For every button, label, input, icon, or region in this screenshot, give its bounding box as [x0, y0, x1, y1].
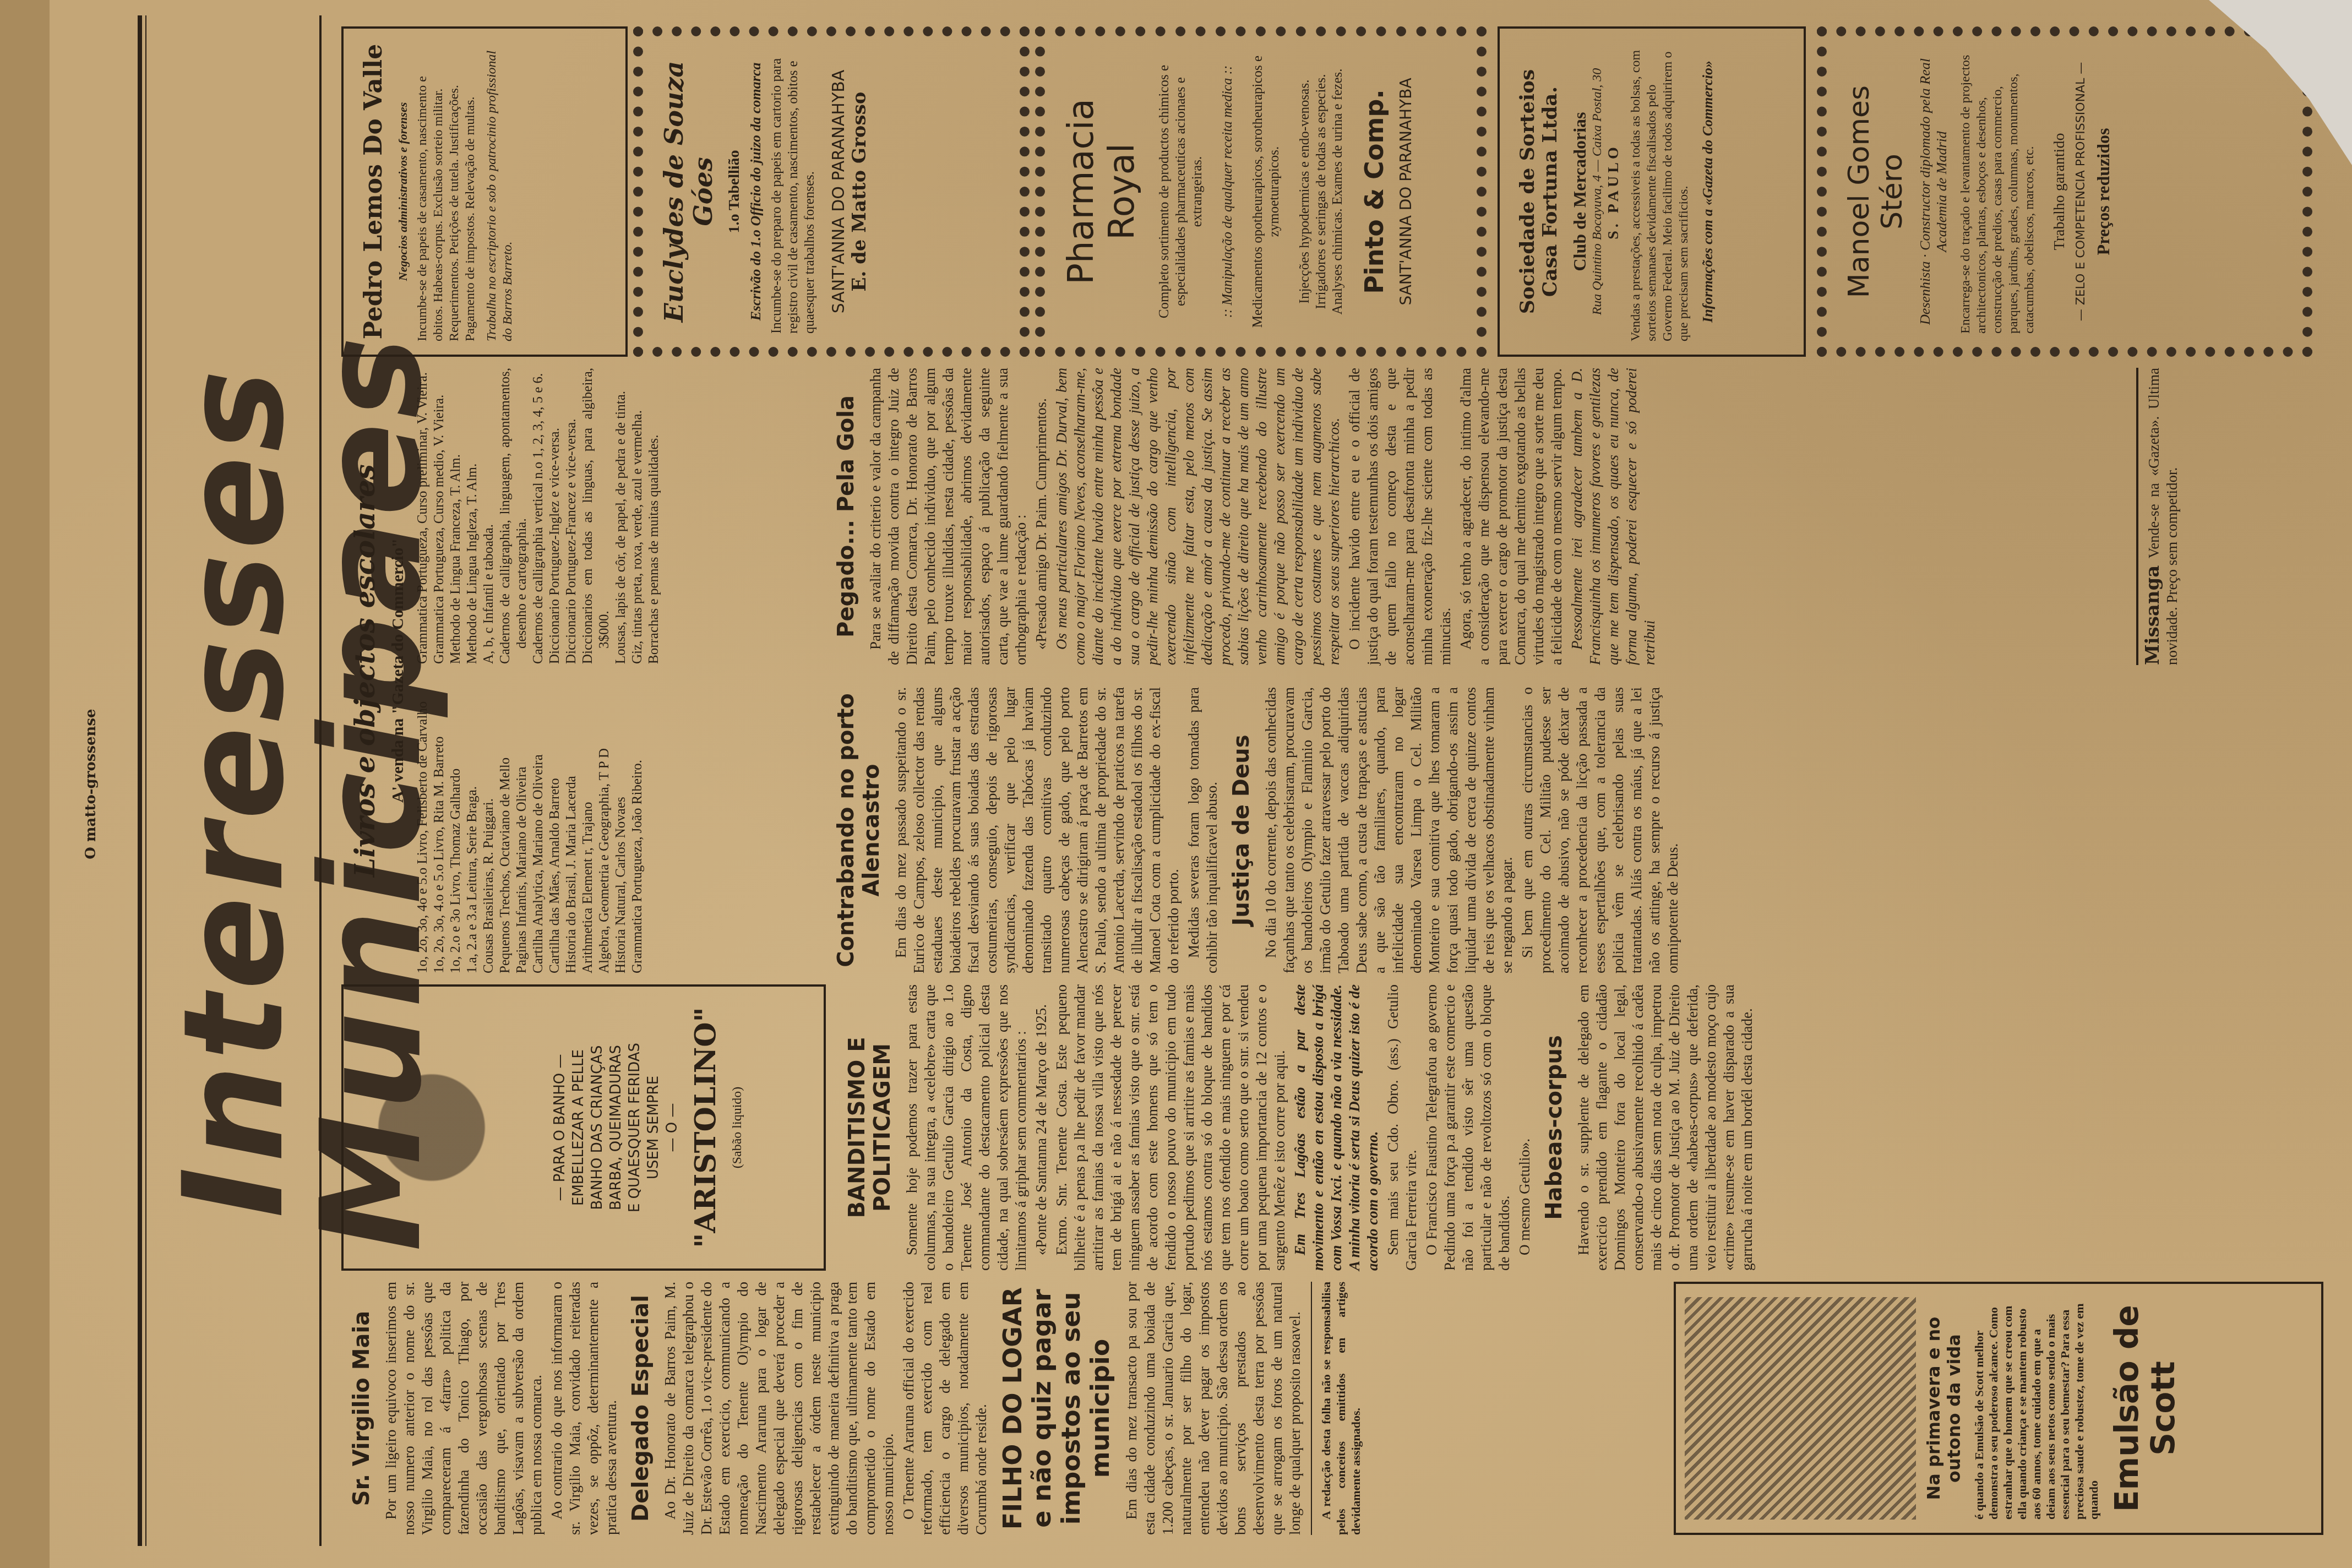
pharmacia-name: Pharmacia Royal: [1061, 50, 1142, 334]
book-list-item: Lousas, lapis de côr, de papel, de pedra…: [613, 368, 629, 664]
sociedade-body: Vendas a prestações, accessiveis a todas…: [1628, 42, 1692, 341]
euclydes-body: Incumbe-se do preparo de papeis em carto…: [769, 50, 818, 334]
article-paragraph: No dia 10 do corrente, depois das conhec…: [1262, 687, 1516, 973]
article-paragraph: Por um ligeiro equivoco inserimos em nos…: [382, 1282, 546, 1535]
masthead: O matto-grossense: [83, 0, 99, 1568]
book-list-item: 1o, 2o, 3o, 4o e 5.o Livro, Felisberto d…: [415, 677, 431, 973]
book-list-item: 1o, 2o, 3o, 4.o e 5.o Livro, Rita M. Bar…: [431, 677, 448, 973]
book-list-item: 1o, 2.o e 3o Livro, Thomaz Galhardo: [448, 677, 464, 973]
book-list-item: Giz, tintas preta, roxa, verde, azul e v…: [629, 368, 646, 664]
article-paragraph: Agora, só tenho a agradecer, do intimo d…: [1457, 368, 1566, 665]
article-paragraph: Si bem que em outras circumstancias o pr…: [1518, 687, 1682, 973]
article-paragraph: Ao contrario do que nos informaram o sr.…: [548, 1282, 620, 1535]
pharmacia-line: Injecções hypodermicas e endo-venosas. I…: [1297, 50, 1346, 334]
article-paragraph: Os meus particulares amigos Dr. Durval, …: [1053, 368, 1343, 665]
pharmacia-line: Medicamentos opotheurapicos, sorotheurap…: [1250, 50, 1283, 334]
manoel-title: Desenhista · Constructor diplomado pela …: [1917, 50, 1950, 334]
pedro-lemos-name: Pedro Lemos Do Valle: [360, 42, 388, 341]
article-paragraph: Exmo. Snr. Tenente Costa. Este pequeno b…: [1053, 984, 1289, 1271]
sociedade-name: Sociedade de Sorteios Casa Fortuna Ltda.: [1516, 42, 1562, 341]
article-title-justica: Justiça de Deus: [1229, 687, 1254, 973]
ad-missanga: Missanga Vende-se na «Gazeta». Ultima no…: [2136, 368, 2181, 665]
headline-rule: [319, 15, 322, 1546]
article-title-contrabando: Contrabando no porto Alencastro: [834, 687, 884, 973]
page-fold-shadow: [0, 0, 50, 1568]
ad-pharmacia-royal: Pharmacia Royal Completo sortimento de p…: [1035, 26, 1487, 357]
ad-aristolino: — PARA O BANHO — EMBELLEZAR A PELLE BANH…: [341, 984, 826, 1271]
pedro-lemos-body: Incumbe-se de papeis de casamento, nasci…: [415, 42, 478, 341]
aristolino-line: — PARA O BANHO —: [551, 1000, 569, 1255]
missanga-name: Missanga: [2142, 565, 2164, 665]
euclydes-office: Escrivão do 1.o Officio do juizo da coma…: [748, 50, 764, 334]
ad-euclydes: Euclydes de Souza Góes 1.o Tabellião Esc…: [633, 26, 1030, 357]
divider: [1311, 1282, 1312, 1535]
article-paragraph: O Francisco Faustino Telegrafou ao gover…: [1423, 984, 1513, 1271]
book-list-item: Grammatica Portugueza, Curso medio, V. V…: [431, 368, 448, 664]
book-list-item: A, b, c Infantil e taboada.: [481, 368, 497, 664]
ad-pedro-lemos: Pedro Lemos Do Valle Negocios administra…: [341, 26, 628, 357]
article-paragraph: Medidas severas foram logo tomadas para …: [1185, 687, 1221, 973]
article-title-habeas: Habeas-corpus: [1542, 984, 1567, 1271]
pharmacia-line: Completo sortimento de productos chimico…: [1156, 50, 1206, 334]
book-list-item: Cartilha das Mães, Arnaldo Barreto: [547, 677, 563, 973]
column-1: Sr. Virgilio Maia Por um ligeiro equivoc…: [341, 1282, 1365, 1535]
article-paragraph: O mesmo Getulio».: [1516, 984, 1534, 1271]
scott-illustration: [1685, 1297, 1916, 1520]
aristolino-line: EMBELLEZAR A PELLE: [569, 1000, 588, 1255]
masthead-rule-thin: [145, 15, 146, 1546]
book-list-item: Methodo de Lingua Ingleza, T. Alm.: [464, 368, 481, 664]
book-list-item: Grammatica Portugueza, Curso preliminar,…: [415, 368, 431, 664]
aristolino-line: — O —: [663, 1000, 682, 1255]
pharmacia-place: SANT'ANNA DO PARANAHYBA: [1397, 50, 1415, 334]
ad-sociedade-sorteios: Sociedade de Sorteios Casa Fortuna Ltda.…: [1498, 26, 1806, 357]
euclydes-name: Euclydes de Souza Góes: [660, 50, 718, 334]
article-paragraph: Pessoalmente irei agradecer tambem a D. …: [1568, 368, 1659, 665]
pedro-lemos-tagline: Negocios administrativos e forenses: [396, 42, 410, 341]
article-paragraph: Em dias do mez transacto pa sou por esta…: [1123, 1282, 1304, 1535]
aristolino-line: BANHO DAS CRIANÇAS: [588, 1000, 607, 1255]
aristolino-illustration: [352, 1000, 551, 1255]
book-list-item: Cousas Brasileiras, R. Puiggari.: [481, 677, 497, 973]
ad-manoel-gomes: Manoel Gomes Stéro Desenhista · Construc…: [1817, 26, 2312, 357]
article-title-banditismo: BANDITISMO E POLITICAGEM: [845, 984, 895, 1271]
column-2: BANDITISMO E POLITICAGEM Somente hoje po…: [837, 984, 1758, 1271]
article-paragraph: Sem mais seu Cdo. Obro. (ass.) Getulio G…: [1384, 984, 1420, 1271]
book-list-item: Diccionario Portuguez-Francez e vice-ver…: [563, 368, 580, 664]
aristolino-line: USEM SEMPRE: [644, 1000, 663, 1255]
livros-subtitle: A' venda na "Gazeta do Commercio": [389, 368, 407, 973]
aristolino-line: E QUAESQUER FERIDAS: [625, 1000, 644, 1255]
pharmacia-owner: Pinto & Comp.: [1360, 50, 1389, 334]
article-paragraph: Em Tres Lagôas estão a par deste movimen…: [1291, 984, 1382, 1271]
editorial-note: A redacção desta folha não se responsabi…: [1319, 1282, 1363, 1535]
aristolino-brand: "ARISTOLINO": [689, 1000, 722, 1255]
manoel-name: Manoel Gomes Stéro: [1843, 50, 1909, 334]
book-list-item: 1.a, 2.a e 3.a Leitura, Serie Braga.: [464, 677, 481, 973]
book-list-item: Pequenos Trechos, Octaviano de Mello: [497, 677, 514, 973]
euclydes-place: SANT'ANNA DO PARANAHYBA: [829, 50, 848, 334]
euclydes-state: E. de Matto Grosso: [848, 50, 870, 334]
livros-section: Livros e objectos escolares A' venda na …: [341, 368, 662, 973]
article-paragraph: Em dias do mez passado suspeitando o sr.…: [892, 687, 1183, 973]
sociedade-club: Club de Mercadorias: [1570, 42, 1590, 341]
article-paragraph: Ao Dr. Honorato de Barros Paim, M. Juiz …: [661, 1282, 897, 1535]
livros-list-left: 1o, 2o, 3o, 4o e 5.o Livro, Felisberto d…: [415, 677, 662, 973]
euclydes-role: 1.o Tabellião: [726, 50, 743, 334]
book-list-item: Methodo de Lingua Franceza, T. Alm.: [448, 368, 464, 664]
column-4: Pegado... Pela Gola Para se avaliar do c…: [826, 368, 1661, 665]
book-list-item: Borrachas e pennas de muitas qualidades.: [646, 368, 662, 664]
article-paragraph: «Presado amigo Dr. Paim. Cumprimentos.: [1032, 368, 1050, 665]
book-list-item: Historia do Brasil, J. Maria Lacerda: [563, 677, 580, 973]
book-list-item: Arithmetica Element r, Trajano: [580, 677, 596, 973]
article-paragraph: «Ponte de Santanna 24 de Março de 1925.: [1032, 984, 1050, 1271]
pharmacia-line: :: Manipulação de qualquer receita medic…: [1219, 50, 1236, 334]
manoel-body: Encarrega-se do traçado e levantamento d…: [1958, 50, 2038, 334]
article-paragraph: O incidente havido entre eu e o official…: [1346, 368, 1455, 665]
article-paragraph: Somente hoje podemos trazer para estas c…: [903, 984, 1030, 1271]
manoel-prices: Preços reduzidos: [2093, 50, 2114, 334]
manoel-guarantee: Trabalho garantido: [2051, 50, 2068, 334]
ad-emulsao-scott: Na primavera e no outono da vida é quand…: [1674, 1282, 2323, 1535]
book-list-item: Historia Natural, Carlos Novaes: [613, 677, 629, 973]
article-title-filho: FILHO DO LOGAR e não quiz pagar impostos…: [998, 1282, 1115, 1535]
livros-list-right: Grammatica Portugueza, Curso preliminar,…: [415, 368, 662, 664]
masthead-rule: [138, 15, 142, 1546]
book-list-item: Paginas Infantis, Mariano de Oliveira: [514, 677, 530, 973]
scott-body: é quando a Emulsão de Scott melhor demon…: [1972, 1297, 2101, 1520]
article-title-virgilio: Sr. Virgilio Maia: [349, 1282, 374, 1535]
article-title-delegado: Delegado Especial: [628, 1282, 654, 1535]
book-list-item: Diccionario Portuguez-Inglez e vice-vers…: [547, 368, 563, 664]
book-list-item: Cadernos de calligraphia, linguagem, apo…: [497, 368, 530, 664]
book-list-item: Cartilha Analytica, Mariano de Oliveira: [530, 677, 547, 973]
book-list-item: Diccionarios em todas as linguas, para a…: [580, 368, 613, 664]
book-list-item: Algebra, Geometria e Geographia, T P D: [596, 677, 613, 973]
book-list-item: Cadernos de calligraphia vertical n.o 1,…: [530, 368, 547, 664]
column-3: Contrabando no porto Alencastro Em dias …: [826, 687, 1684, 973]
sociedade-info: Informações com a «Gazeta do Commercio»: [1700, 42, 1716, 341]
article-paragraph: Para se avaliar do criterio e valor da c…: [867, 368, 1030, 665]
newspaper-page: O matto-grossense Interesses Municipaes …: [0, 0, 2352, 1568]
article-paragraph: Havendo o sr. supplente de delegado em e…: [1575, 984, 1756, 1271]
manoel-motto: — ZELO E COMPETENCIA PROFISSIONAL —: [2074, 50, 2088, 334]
scott-headline: Na primavera e no outono da vida: [1924, 1297, 1964, 1520]
aristolino-subtitle: (Sabão liquido): [730, 1000, 745, 1255]
article-title-pegado: Pegado... Pela Gola: [834, 368, 859, 665]
aristolino-line: BARBA, QUEIMADURAS: [607, 1000, 625, 1255]
book-list-item: Grammatica Portugueza, João Ribeiro.: [629, 677, 646, 973]
pedro-lemos-footer: Trabalha no escriptorio e sob o patrocin…: [484, 42, 516, 341]
sociedade-address: Rua Quintino Bocayuva, 4 — Caixa Postal,…: [1590, 42, 1605, 341]
scott-brand: Emulsão de Scott: [2109, 1297, 2182, 1520]
article-paragraph: O Tenente Araruna official do exercido r…: [900, 1282, 990, 1535]
sociedade-city: S. PAULO: [1605, 42, 1623, 341]
article-title-livros: Livros e objectos escolares: [349, 368, 381, 973]
